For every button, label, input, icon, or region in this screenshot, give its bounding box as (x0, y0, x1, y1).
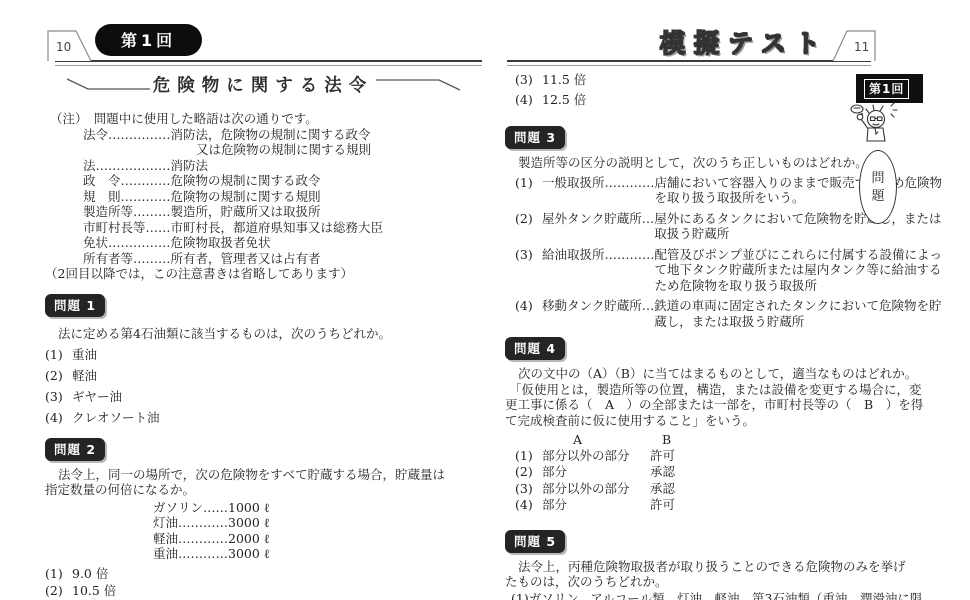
option-number: (1) (511, 591, 529, 600)
problem-4: 問題 4 次の文中の（A）（B）に当てはまるものとして，適当なものはどれか。 「… (505, 337, 885, 514)
problem-1: 問題 1 法に定める第4石油類に該当するものは，次のうちどれか。 (1) 重油 … (45, 294, 481, 428)
option-number: (3) (515, 247, 542, 294)
option-number: (4) (515, 497, 542, 514)
note-line: 規 則…………危険物の規制に関する規則 (83, 189, 481, 205)
problem-4-body-line: 「仮使用とは，製造所等の位置，構造，または設備を変更する場合に，変 (509, 382, 885, 398)
option-row: (2) 軽油 (45, 365, 481, 386)
option-b-value: 承認 (650, 464, 675, 481)
facility-desc-line: を取り扱う取扱所をいう。 (655, 190, 943, 206)
option-label: ガソリン，アルコール類，灯油，軽油，第3石油類（重油，潤滑油に限 (529, 591, 923, 600)
option-number: (2) (45, 365, 72, 386)
option-b-value: 許可 (650, 497, 675, 514)
mock-test-title: 模擬テスト (660, 24, 829, 60)
problem-oval-char: 問 (871, 172, 884, 185)
option-number: (4) (45, 407, 72, 428)
quantity-line: 軽油…………2000 ℓ (153, 531, 481, 547)
ab-col-b: B (662, 432, 671, 448)
ab-col-a: A (573, 432, 582, 448)
option-number: (1) (45, 344, 72, 365)
option-b-value: 許可 (650, 448, 675, 465)
option-number: (1) (515, 175, 542, 206)
facility-desc-line: 取扱う貯蔵所 (654, 226, 941, 242)
option-row: (4) 部分 許可 (515, 497, 885, 514)
left-page: 10 第1回 危険物に関する法令 （注） 問題中に使用した略語は次の通りです。 … (45, 22, 481, 592)
problem-5-badge: 問題 5 (505, 530, 565, 553)
problem-2-badge: 問題 2 (45, 438, 105, 461)
option-label: 軽油 (72, 365, 97, 386)
facility-desc: 屋外にあるタンクにおいて危険物を貯蔵し，または 取扱う貯蔵所 (654, 211, 941, 242)
problem-5-question-line: たものは，次のうちどれか。 (505, 574, 885, 590)
problem-4-badge: 問題 4 (505, 337, 565, 360)
note-line: 免状……………危険物取扱者免状 (83, 235, 481, 251)
facility-item: (1) 一般取扱所………… 店舗において容器入りのままで販売するため危険物 を取… (515, 175, 885, 206)
problem-2-continued: (3) 11.5 倍 (4) 12.5 倍 (505, 70, 885, 110)
left-header-rule (55, 60, 482, 66)
problem-3: 問題 3 製造所等の区分の説明として，次のうち正しいものはどれか。 (1) 一般… (505, 126, 885, 329)
problem-2-question-line: 指定数量の何倍になるか。 (45, 482, 481, 498)
option-number: (4) (515, 90, 542, 110)
problem-1-badge: 問題 1 (45, 294, 105, 317)
option-row: (3) 11.5 倍 (515, 70, 885, 90)
right-page: 模擬テスト 11 (3) 11.5 倍 (4) 12.5 倍 問題 3 製造所等… (505, 22, 885, 592)
option-row: (1) ガソリン，アルコール類，灯油，軽油，第3石油類（重油，潤滑油に限 (511, 591, 885, 600)
option-b-value: 承認 (650, 481, 675, 498)
option-row: (2) 部分 承認 (515, 464, 885, 481)
problem-2-question-line: 法令上，同一の場所で，次の危険物をすべて貯蔵する場合，貯蔵量は (58, 467, 481, 483)
right-header-rule (507, 60, 871, 66)
note-intro: （注） 問題中に使用した略語は次の通りです。 (50, 111, 481, 127)
option-label: ギヤー油 (72, 386, 122, 407)
option-number: (3) (515, 481, 542, 498)
facility-desc: 配管及びポンプ並びにこれらに付属する設備によっ て地下タンク貯蔵所または屋内タン… (655, 247, 943, 294)
facility-desc: 店舗において容器入りのままで販売するため危険物 を取り扱う取扱所をいう。 (655, 175, 943, 206)
problem-oval-char: 題 (871, 190, 884, 203)
problem-5: 問題 5 法令上，丙種危険物取扱者が取り扱うことのできる危険物のみを挙げ たもの… (505, 530, 885, 600)
option-a-value: 部分 (542, 464, 650, 481)
problem-3-question: 製造所等の区分の説明として，次のうち正しいものはどれか。 (518, 155, 885, 171)
option-number: (4) (515, 298, 542, 329)
option-number: (3) (515, 70, 542, 90)
note-line: 所有者等………所有者，管理者又は占有者 (83, 251, 481, 267)
note-line: 又は危険物の規制に関する規則 (196, 142, 481, 158)
quantity-line: 重油…………3000 ℓ (153, 546, 481, 562)
round-badge: 第1回 (95, 24, 202, 56)
option-label: 9.0 倍 (72, 565, 108, 582)
ab-header-row: A B (515, 432, 885, 448)
option-number: (1) (45, 565, 72, 582)
right-page-number: 11 (854, 40, 869, 54)
problem-4-question: 次の文中の（A）（B）に当てはまるものとして，適当なものはどれか。 (518, 366, 885, 382)
quantity-line: ガソリン……1000 ℓ (153, 500, 481, 516)
note-outro: （2回目以降では，この注意書きは省略してあります） (45, 266, 481, 282)
option-label: クレオソート油 (72, 407, 160, 428)
facility-desc: 鉄道の車両に固定されたタンクにおいて危険物を貯 蔵し，または取扱う貯蔵所 (654, 298, 941, 329)
option-a-value: 部分 (542, 497, 650, 514)
section-title-row: 危険物に関する法令 (45, 72, 481, 97)
facility-item: (3) 給油取扱所………… 配管及びポンプ並びにこれらに付属する設備によっ て地… (515, 247, 885, 294)
note-line: 法令……………消防法，危険物の規制に関する政令 (83, 127, 481, 143)
note-line: 市町村長等……市町村長，都道府県知事又は総務大臣 (83, 220, 481, 236)
abbreviation-note: （注） 問題中に使用した略語は次の通りです。 法令……………消防法，危険物の規制… (45, 111, 481, 282)
mascot-icon (848, 102, 900, 150)
facility-desc-line: 蔵し，または取扱う貯蔵所 (654, 314, 941, 330)
problem-4-body-line: 更工事に係る（ A ）の全部または一部を，市町村長等の（ B ）を得 (505, 397, 885, 413)
facility-item: (2) 屋外タンク貯蔵所… 屋外にあるタンクにおいて危険物を貯蔵し，または 取扱… (515, 211, 885, 242)
left-page-number: 10 (56, 40, 71, 54)
option-a-value: 部分以外の部分 (542, 481, 650, 498)
facility-desc-line: て地下タンク貯蔵所または屋内タンク等に給油する (655, 262, 943, 278)
problem-1-question: 法に定める第4石油類に該当するものは，次のうちどれか。 (58, 323, 481, 344)
facility-term: 移動タンク貯蔵所… (542, 298, 654, 329)
note-line: 政 令…………危険物の規制に関する政令 (83, 173, 481, 189)
option-row: (3) 部分以外の部分 承認 (515, 481, 885, 498)
title-deco-right-icon (375, 76, 463, 94)
facility-desc-line: ため危険物を取り扱う取扱所 (655, 278, 943, 294)
option-number: (1) (515, 448, 542, 465)
right-page-number-tab: 11 (831, 30, 877, 62)
facility-term: 屋外タンク貯蔵所… (542, 211, 654, 242)
facility-desc-line: 店舗において容器入りのままで販売するため危険物 (655, 175, 943, 191)
option-row: (1) 重油 (45, 344, 481, 365)
facility-item: (4) 移動タンク貯蔵所… 鉄道の車両に固定されたタンクにおいて危険物を貯 蔵し… (515, 298, 885, 329)
problem-5-question-line: 法令上，丙種危険物取扱者が取り扱うことのできる危険物のみを挙げ (518, 559, 885, 575)
facility-desc-line: 配管及びポンプ並びにこれらに付属する設備によっ (655, 247, 943, 263)
option-number: (3) (45, 386, 72, 407)
option-label: 11.5 倍 (542, 70, 586, 90)
problem-2: 問題 2 法令上，同一の場所で，次の危険物をすべて貯蔵する場合，貯蔵量は 指定数… (45, 438, 481, 599)
side-round-tab: 第1回 (856, 74, 923, 103)
option-row: (4) クレオソート油 (45, 407, 481, 428)
facility-desc-line: 屋外にあるタンクにおいて危険物を貯蔵し，または (654, 211, 941, 227)
problem-3-badge: 問題 3 (505, 126, 565, 149)
option-row: (1) 部分以外の部分 許可 (515, 448, 885, 465)
option-number: (2) (515, 211, 542, 242)
option-label: 12.5 倍 (542, 90, 586, 110)
option-row: (2) 10.5 倍 (45, 582, 481, 599)
facility-term: 一般取扱所………… (542, 175, 655, 206)
option-row: (3) ギヤー油 (45, 386, 481, 407)
problem-4-body-line: て完成検査前に仮に使用すること」をいう。 (505, 413, 885, 429)
side-round-tab-label: 第1回 (864, 79, 909, 99)
problem-oval: 問 題 (859, 150, 897, 224)
title-deco-left-icon (63, 76, 151, 94)
option-a-value: 部分以外の部分 (542, 448, 650, 465)
facility-desc-line: 鉄道の車両に固定されたタンクにおいて危険物を貯 (654, 298, 941, 314)
facility-term: 給油取扱所………… (542, 247, 655, 294)
option-number: (2) (45, 582, 72, 599)
left-page-number-tab: 10 (47, 30, 93, 62)
section-title: 危険物に関する法令 (151, 72, 376, 97)
option-label: 重油 (72, 344, 97, 365)
note-line: 製造所等………製造所，貯蔵所又は取扱所 (83, 204, 481, 220)
option-row: (1) 9.0 倍 (45, 565, 481, 582)
option-row: (4) 12.5 倍 (515, 90, 885, 110)
quantity-line: 灯油…………3000 ℓ (153, 515, 481, 531)
option-number: (2) (515, 464, 542, 481)
option-label: 10.5 倍 (72, 582, 116, 599)
note-line: 法………………消防法 (83, 158, 481, 174)
